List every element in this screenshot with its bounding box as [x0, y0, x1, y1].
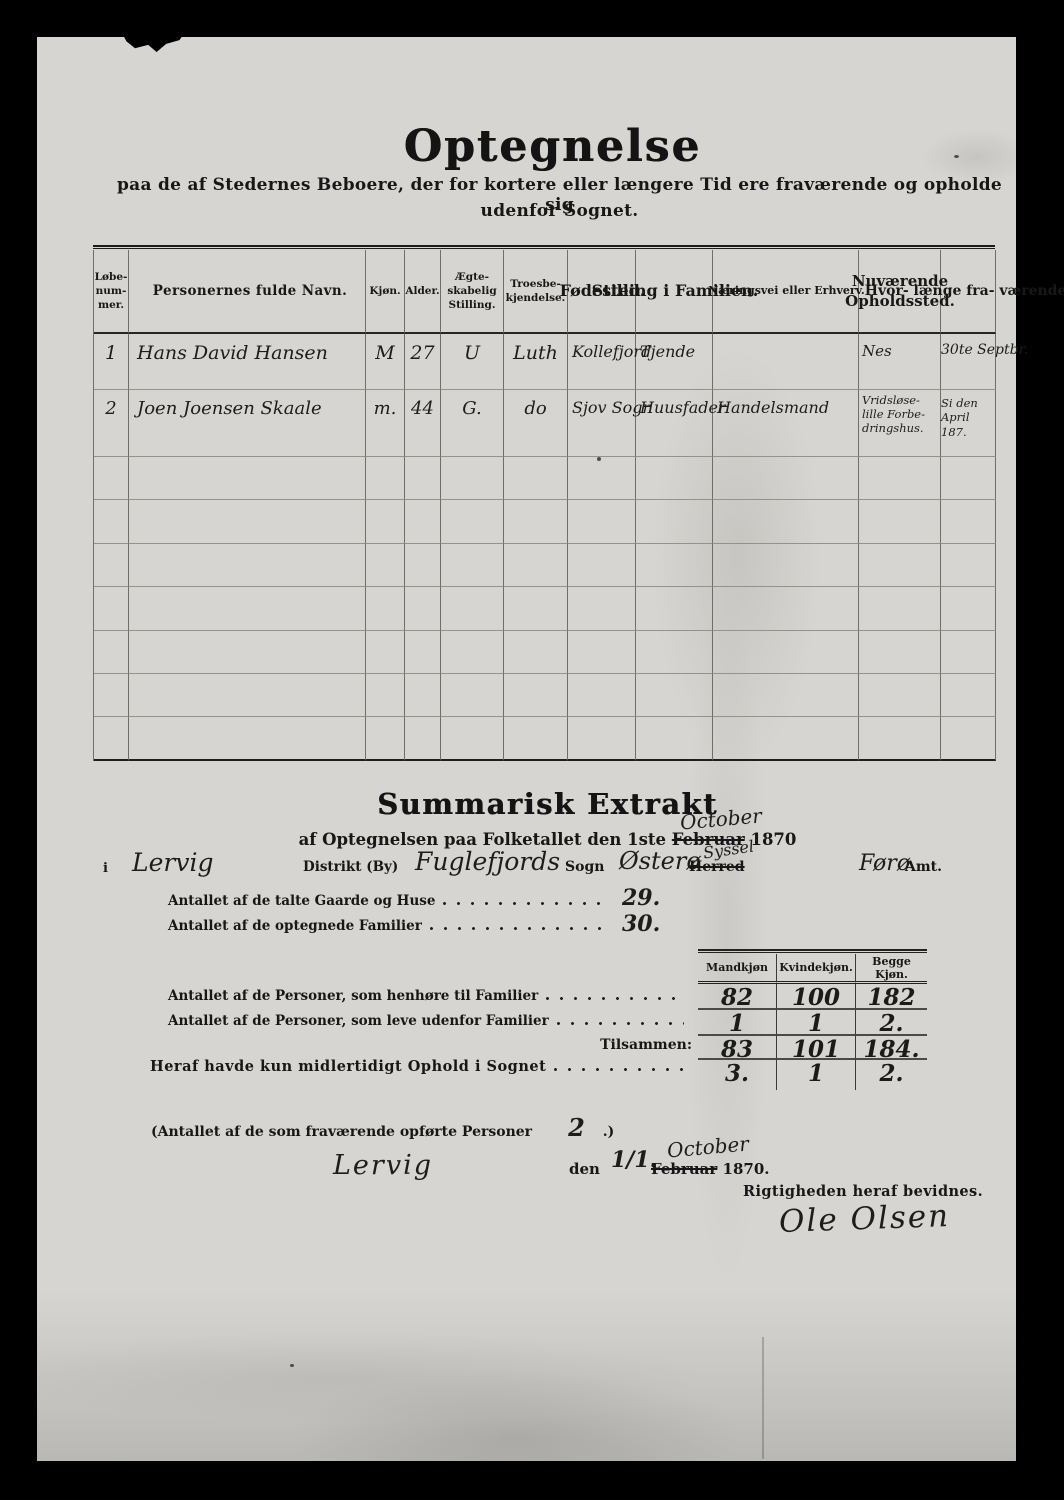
- register-cell: m.: [366, 390, 405, 457]
- register-empty-cell: [129, 500, 366, 543]
- dotted-leader: [546, 997, 684, 1000]
- torn-edge-notch: [123, 35, 183, 52]
- register-cell: U: [441, 334, 504, 390]
- register-cell: G.: [441, 390, 504, 457]
- register-table: Løbe- num- mer.Personernes fulde Navn.Kj…: [93, 245, 995, 761]
- register-empty-cell: [504, 717, 568, 760]
- register-cell: Nes: [859, 334, 941, 390]
- register-empty-cell: [366, 500, 405, 543]
- summary-value: 3.: [698, 1060, 777, 1090]
- count-houses-value: 29.: [622, 885, 660, 911]
- register-empty-cell: [859, 631, 941, 674]
- summary-value: 101: [777, 1036, 856, 1060]
- register-empty-cell: [366, 631, 405, 674]
- register-empty-cell: [129, 587, 366, 630]
- register-empty-cell: [504, 544, 568, 587]
- herred-correction-group: Herred Syssel: [689, 859, 745, 875]
- register-empty-cell: [504, 631, 568, 674]
- register-empty-cell: [441, 587, 504, 630]
- summary-value: 100: [777, 984, 856, 1010]
- count-houses-label: Antallet af de talte Gaarde og Huse: [168, 893, 435, 909]
- extract-subheading-year: 1870: [750, 830, 796, 849]
- summary-value: 182: [856, 984, 927, 1010]
- summary-value: 184.: [856, 1036, 927, 1060]
- document-page: Optegnelse paa de af Stedernes Beboere, …: [37, 37, 1016, 1461]
- register-empty-cell: [129, 457, 366, 500]
- summary-value: 1: [777, 1010, 856, 1036]
- register-empty-cell: [859, 717, 941, 760]
- register-empty-cell: [568, 544, 636, 587]
- register-empty-cell: [941, 717, 996, 760]
- register-empty-cell: [441, 717, 504, 760]
- register-empty-cell: [405, 457, 441, 500]
- register-empty-cell: [504, 587, 568, 630]
- register-column-header: Ægte- skabelig Stilling.: [441, 250, 504, 334]
- register-empty-cell: [366, 544, 405, 587]
- dateline-place-handwritten: Lervig: [333, 1150, 433, 1181]
- register-empty-cell: [366, 587, 405, 630]
- register-empty-cell: [441, 500, 504, 543]
- register-cell: 27: [405, 334, 441, 390]
- district-value-handwritten: Lervig: [132, 848, 213, 877]
- register-empty-cell: [94, 631, 129, 674]
- register-empty-cell: [941, 500, 996, 543]
- register-table-grid: Løbe- num- mer.Personernes fulde Navn.Kj…: [93, 250, 996, 761]
- register-empty-cell: [713, 631, 859, 674]
- register-empty-cell: [941, 587, 996, 630]
- register-cell: 2: [94, 390, 129, 457]
- register-cell: 44: [405, 390, 441, 457]
- register-cell: Huusfader: [636, 390, 713, 457]
- district-label: Distrikt (By): [303, 859, 398, 875]
- register-empty-cell: [859, 500, 941, 543]
- register-column-header: Troesbe- kjendelse.: [504, 250, 568, 334]
- register-column-header: Stilling i Familien.: [636, 250, 713, 334]
- register-empty-cell: [941, 544, 996, 587]
- register-empty-cell: [504, 500, 568, 543]
- register-cell: 1: [94, 334, 129, 390]
- register-empty-cell: [405, 717, 441, 760]
- form-subtitle-line2: udenfor Sognet.: [37, 201, 1016, 221]
- register-empty-cell: [366, 674, 405, 717]
- register-column-header: Alder.: [405, 250, 441, 334]
- register-column-header: Løbe- num- mer.: [94, 250, 129, 334]
- ink-speck: [290, 1364, 294, 1367]
- summary-column-header: Mandkjøn: [698, 954, 777, 984]
- register-cell: Kollefjord: [568, 334, 636, 390]
- summary-column-header: Begge Kjøn.: [856, 954, 927, 984]
- register-empty-cell: [859, 544, 941, 587]
- register-cell: Joen Joensen Skaale: [129, 390, 366, 457]
- register-empty-cell: [129, 631, 366, 674]
- dateline-month-group: Februar October 1870.: [651, 1160, 770, 1178]
- paper-fold-line: [762, 1337, 764, 1459]
- register-empty-cell: [94, 674, 129, 717]
- register-empty-cell: [441, 457, 504, 500]
- count-families-value: 30.: [622, 911, 660, 937]
- register-cell: M: [366, 334, 405, 390]
- dotted-leader: [430, 927, 610, 930]
- dateline-den-label: den: [569, 1160, 600, 1178]
- register-empty-cell: [636, 544, 713, 587]
- form-title: Optegnelse: [37, 121, 1016, 172]
- register-empty-cell: [636, 500, 713, 543]
- summary-table: MandkjønKvindekjøn.Begge Kjøn.8210018211…: [698, 949, 927, 1090]
- register-empty-cell: [405, 500, 441, 543]
- register-empty-cell: [713, 674, 859, 717]
- dotted-leader: [443, 902, 610, 905]
- register-empty-cell: [636, 457, 713, 500]
- summary-value: 1: [698, 1010, 777, 1036]
- register-empty-cell: [366, 457, 405, 500]
- register-empty-cell: [568, 631, 636, 674]
- extract-heading: Summarisk Extrakt: [37, 787, 1016, 821]
- register-cell: [713, 334, 859, 390]
- register-empty-cell: [859, 674, 941, 717]
- register-empty-cell: [129, 544, 366, 587]
- register-empty-cell: [568, 457, 636, 500]
- register-empty-cell: [129, 717, 366, 760]
- register-empty-cell: [441, 674, 504, 717]
- temporary-residence-row: Heraf havde kun midlertidigt Ophold i So…: [150, 1058, 692, 1075]
- register-cell: do: [504, 390, 568, 457]
- register-empty-cell: [568, 717, 636, 760]
- summary-value: 1: [777, 1060, 856, 1090]
- register-empty-cell: [713, 457, 859, 500]
- register-empty-cell: [94, 587, 129, 630]
- register-cell: Hans David Hansen: [129, 334, 366, 390]
- register-empty-cell: [405, 674, 441, 717]
- absent-note-suffix: .): [603, 1124, 615, 1140]
- register-cell: Tjende: [636, 334, 713, 390]
- register-empty-cell: [504, 457, 568, 500]
- register-empty-cell: [636, 631, 713, 674]
- summary-value: 83: [698, 1036, 777, 1060]
- absent-note-value-handwritten: 2: [568, 1113, 585, 1142]
- register-empty-cell: [859, 457, 941, 500]
- register-empty-cell: [941, 457, 996, 500]
- count-families-row: Antallet af de optegnede Familier: [168, 918, 618, 934]
- register-cell: Handelsmand: [713, 390, 859, 457]
- register-empty-cell: [441, 544, 504, 587]
- absent-note-prefix: (Antallet af de som fraværende opførte P…: [151, 1124, 532, 1140]
- register-empty-cell: [713, 717, 859, 760]
- register-empty-cell: [568, 500, 636, 543]
- parish-value-handwritten: Fuglefjords: [415, 847, 560, 876]
- summary-value: 2.: [856, 1060, 927, 1090]
- register-empty-cell: [713, 587, 859, 630]
- register-cell: Luth: [504, 334, 568, 390]
- summary-column-header: Kvindekjøn.: [777, 954, 856, 984]
- register-empty-cell: [405, 631, 441, 674]
- register-empty-cell: [568, 587, 636, 630]
- register-column-header: Hvor- længe fra- værende.: [941, 250, 996, 334]
- register-empty-cell: [504, 674, 568, 717]
- register-column-header: Næringsvei eller Erhverv.: [713, 250, 859, 334]
- persons-outside-families-row: Antallet af de Personer, som leve udenfo…: [168, 1013, 692, 1029]
- summary-table-grid: MandkjønKvindekjøn.Begge Kjøn.8210018211…: [698, 954, 927, 1090]
- register-empty-cell: [94, 544, 129, 587]
- register-empty-cell: [636, 587, 713, 630]
- dateline-year: 1870.: [723, 1160, 770, 1178]
- summary-value: 82: [698, 984, 777, 1010]
- persons-in-families-label: Antallet af de Personer, som henhøre til…: [168, 988, 538, 1004]
- tilsammen-label: Tilsammen:: [537, 1037, 692, 1053]
- register-empty-cell: [94, 457, 129, 500]
- register-cell: 30te Septbr.: [941, 334, 996, 390]
- count-houses-row: Antallet af de talte Gaarde og Huse: [168, 893, 618, 909]
- register-column-header: Personernes fulde Navn.: [129, 250, 366, 334]
- register-column-header: Kjøn.: [366, 250, 405, 334]
- persons-outside-families-label: Antallet af de Personer, som leve udenfo…: [168, 1013, 549, 1029]
- register-empty-cell: [713, 500, 859, 543]
- temporary-residence-label: Heraf havde kun midlertidigt Ophold i So…: [150, 1058, 546, 1075]
- register-cell: Si den April 187.: [941, 390, 996, 457]
- signature-handwritten: Ole Olsen: [778, 1198, 950, 1240]
- place-i-label: i: [103, 861, 108, 876]
- register-empty-cell: [405, 587, 441, 630]
- amt-label: Amt.: [905, 859, 942, 875]
- register-empty-cell: [405, 544, 441, 587]
- amt-value-handwritten: Førø: [859, 851, 910, 876]
- register-empty-cell: [859, 587, 941, 630]
- summary-value: 2.: [856, 1010, 927, 1036]
- register-cell: Sjov Sogn: [568, 390, 636, 457]
- register-empty-cell: [366, 717, 405, 760]
- dotted-leader: [554, 1068, 684, 1071]
- register-empty-cell: [129, 674, 366, 717]
- persons-in-families-row: Antallet af de Personer, som henhøre til…: [168, 988, 692, 1004]
- count-families-label: Antallet af de optegnede Familier: [168, 918, 422, 934]
- register-empty-cell: [94, 717, 129, 760]
- dateline-month-correction-handwritten: October: [666, 1131, 750, 1162]
- register-empty-cell: [636, 717, 713, 760]
- parish-label: Sogn: [565, 859, 604, 875]
- register-empty-cell: [568, 674, 636, 717]
- absent-persons-note: (Antallet af de som fraværende opførte P…: [151, 1113, 614, 1142]
- dateline-struck-month: Februar: [651, 1160, 717, 1178]
- register-empty-cell: [636, 674, 713, 717]
- register-empty-cell: [941, 674, 996, 717]
- struck-herred-label: Herred: [689, 859, 745, 875]
- register-empty-cell: [713, 544, 859, 587]
- register-empty-cell: [941, 631, 996, 674]
- dotted-leader: [557, 1022, 684, 1025]
- register-cell: Vridsløse- lille Forbe- dringshus.: [859, 390, 941, 457]
- scanned-census-document: { "document": { "title": "Optegnelse", "…: [0, 0, 1064, 1500]
- register-empty-cell: [441, 631, 504, 674]
- register-empty-cell: [94, 500, 129, 543]
